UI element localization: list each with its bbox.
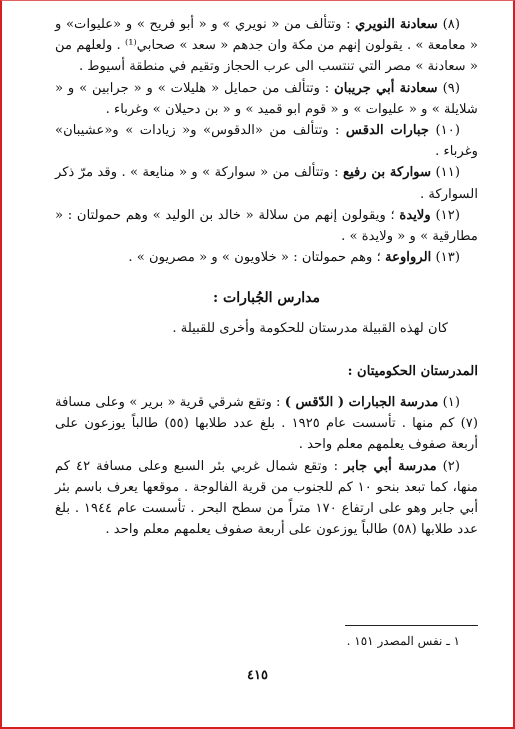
tribe-item-8: (٨) سعادنة النويري : وتتألف من « نويري »… [55, 14, 478, 78]
tribe-item-11: (١١) سواركة بن رفيع : وتتألف من « سواركة… [55, 162, 478, 204]
page-number: ٤١٥ [0, 668, 515, 683]
item-number: (١٢) [436, 208, 460, 223]
tribe-item-13: (١٣) الرواوعة ؛ وهم حمولتان : « خلاويون … [55, 247, 478, 268]
subsection-heading: المدرستان الحكوميتان : [55, 361, 478, 382]
item-number: (١٠) [436, 123, 460, 138]
item-number: (١٣) [436, 250, 460, 265]
item-number: (٢) [443, 459, 460, 474]
item-number: (١١) [436, 165, 460, 180]
footnote-separator [345, 625, 478, 626]
section-heading: مدارس الجُبارات : [55, 288, 478, 309]
item-title: مدرسة الجبارات ( الدّقس ) [285, 395, 439, 410]
item-title: سواركة بن رفيع [343, 165, 431, 180]
item-text: ؛ وهم حمولتان : « خلاويون » و « مصريون »… [128, 250, 380, 265]
item-title: سعادنة أبي جريبان [334, 81, 438, 96]
item-title: الرواوعة [385, 250, 431, 265]
item-title: سعادنة النويري [355, 17, 438, 32]
item-number: (٨) [443, 17, 460, 32]
tribe-item-10: (١٠) جبارات الدقس : وتتألف من «الدقوس» و… [55, 120, 478, 162]
footnote: ١ ـ نفس المصدر ١٥١ . [347, 634, 460, 648]
item-title: ولايدة [399, 208, 430, 223]
item-title: جبارات الدقس [346, 123, 429, 138]
section-intro: كان لهذه القبيلة مدرستان للحكومة وأخرى ل… [55, 318, 478, 339]
item-title: مدرسة أبي جابر [344, 459, 437, 474]
school-item-1: (١) مدرسة الجبارات ( الدّقس ) : وتقع شرق… [55, 392, 478, 456]
school-item-2: (٢) مدرسة أبي جابر : وتقع شمال غربي بئر … [55, 456, 478, 541]
tribe-item-12: (١٢) ولايدة ؛ ويقولون إنهم من سلالة « خا… [55, 205, 478, 247]
tribe-item-9: (٩) سعادنة أبي جريبان : وتتألف من حمايل … [55, 78, 478, 120]
item-number: (٩) [443, 81, 460, 96]
document-body: (٨) سعادنة النويري : وتتألف من « نويري »… [55, 14, 478, 540]
item-number: (١) [443, 395, 460, 410]
